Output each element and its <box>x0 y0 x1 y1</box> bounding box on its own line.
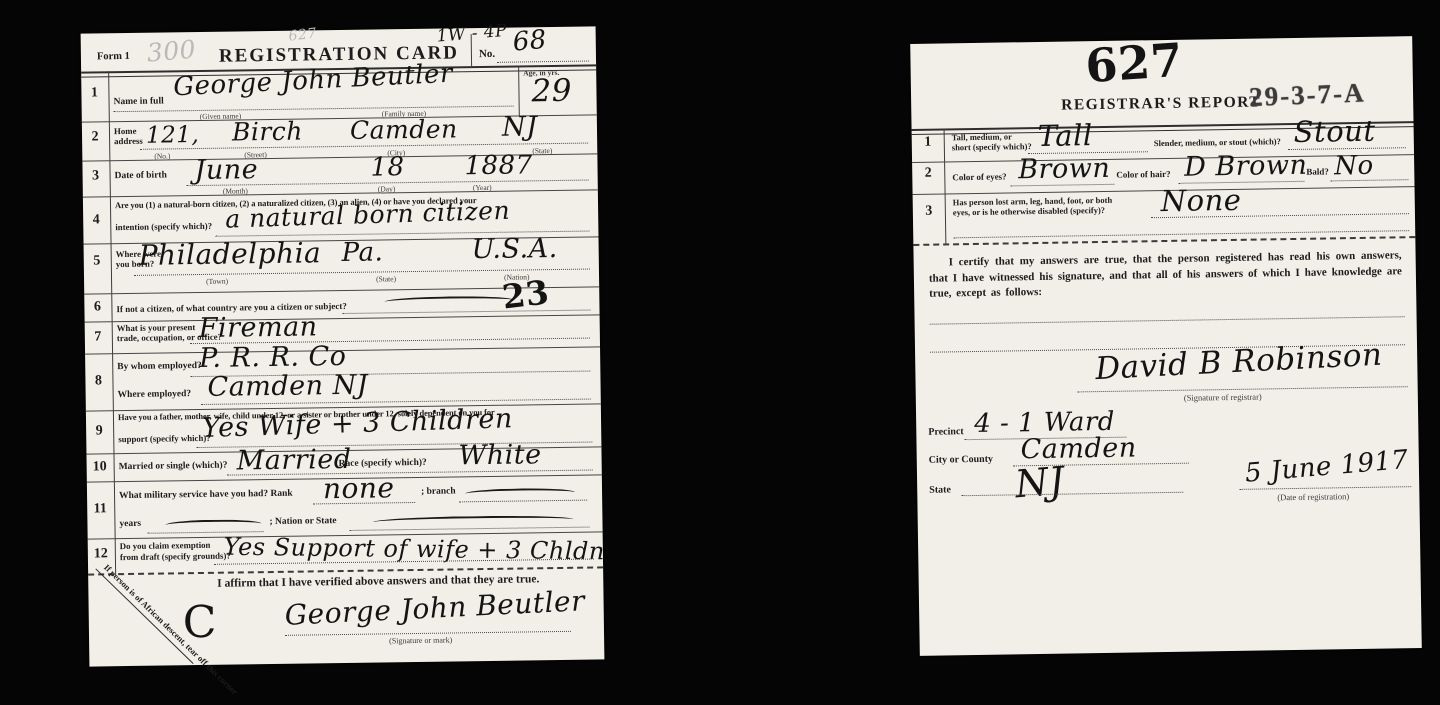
row-number: 7 <box>86 329 110 345</box>
row-number: 10 <box>88 459 112 475</box>
bald-dotted-line <box>1330 179 1408 181</box>
dash-stroke <box>373 515 573 527</box>
row-number: 6 <box>85 299 109 315</box>
row-number: 2 <box>83 129 107 145</box>
row-military-service: 11 What military service have you had? R… <box>87 474 603 538</box>
state-label: State <box>929 484 951 495</box>
branch-dotted-line <box>459 500 587 503</box>
eyes-dotted-line <box>1010 184 1114 187</box>
form-number-label: Form 1 <box>97 51 130 62</box>
registrar-signature-sublabel: (Signature of registrar) <box>1184 392 1262 403</box>
address-state-value: NJ <box>502 111 538 142</box>
build-label: Slender, medium, or stout (which)? <box>1154 136 1281 148</box>
row-number: 8 <box>86 373 110 389</box>
registrant-signature: George John Beutler <box>284 584 586 632</box>
signature-sublabel: (Signature or mark) <box>389 635 452 645</box>
address-street-value: Birch <box>232 117 303 147</box>
state-value: NJ <box>1013 458 1066 506</box>
dash-stroke <box>384 296 514 307</box>
pencil-mark-300: 300 <box>146 35 197 68</box>
registrars-report-card: 627 REGISTRAR'S REPORT 29-3-7-A 1 Tall, … <box>910 36 1422 656</box>
eyes-label: Color of eyes? <box>952 171 1006 182</box>
exemption-label1: Do you claim exemption <box>120 540 211 551</box>
row-disability: 3 Has person lost arm, leg, hand, foot, … <box>913 186 1416 244</box>
rank-value: none <box>323 471 395 505</box>
registration-card: Form 1 300 627 REGISTRATION CARD 1W - 4P… <box>81 26 605 666</box>
name-value: George John Beutler <box>173 59 454 103</box>
name-dotted-line <box>114 106 514 113</box>
no-label: No. <box>479 48 495 60</box>
build-value: Stout <box>1293 114 1375 149</box>
row-number: 1 <box>82 85 106 101</box>
row-number: 3 <box>83 168 107 184</box>
row-number: 2 <box>916 166 940 182</box>
row-employer: 8 By whom employed? P. R. R. Co Where em… <box>85 346 601 410</box>
address-label: address <box>114 136 143 146</box>
no-value: 68 <box>512 25 548 58</box>
bald-label: Bald? <box>1306 166 1329 176</box>
disability-value: None <box>1160 183 1241 218</box>
height-value: Tall <box>1037 118 1092 153</box>
hair-value: D Brown <box>1184 150 1308 183</box>
race-label: Race (specify which)? <box>339 458 427 469</box>
hair-label: Color of hair? <box>1116 169 1170 180</box>
birth-month-value: June <box>194 154 258 186</box>
age-value: 29 <box>531 73 572 110</box>
city-or-county-label: City or County <box>929 454 993 466</box>
scanned-document-background: Form 1 300 627 REGISTRATION CARD 1W - 4P… <box>0 0 1440 705</box>
citizen-question-line2: intention (specify which)? <box>115 221 212 232</box>
where-employed-label: Where employed? <box>118 389 192 400</box>
by-whom-employed-value: P. R. R. Co <box>199 341 347 374</box>
row-number: 4 <box>84 212 108 228</box>
by-whom-employed-label: By whom employed? <box>117 361 202 372</box>
trade-value: Fireman <box>199 311 318 344</box>
home-label: Home <box>114 126 137 136</box>
row-number: 5 <box>85 253 109 269</box>
stamp-29-3-7-a: 29-3-7-A <box>1248 77 1366 113</box>
where-employed-value: Camden NJ <box>207 370 368 403</box>
pencil-mark-627: 627 <box>288 25 318 44</box>
birth-day-value: 18 <box>370 152 405 182</box>
row-number: 11 <box>88 501 112 517</box>
report-title: REGISTRAR'S REPORT <box>1061 93 1261 114</box>
eyes-value: Brown <box>1018 153 1110 185</box>
not-citizen-dotted-line <box>343 310 591 314</box>
exceptions-line1 <box>930 316 1405 324</box>
born-state-value: Pa. <box>341 237 383 268</box>
state-dotted-line <box>961 492 1183 496</box>
born-nation-value: U.S.A. <box>471 233 557 265</box>
dash-stroke <box>165 519 261 529</box>
name-label: Name in full <box>113 96 163 107</box>
date-sublabel: (Date of registration) <box>1277 491 1349 502</box>
no-dotted-line <box>497 61 589 63</box>
address-no-value: 121, <box>146 122 200 149</box>
date-of-birth-label: Date of birth <box>115 170 167 181</box>
stray-number-23: 23 <box>500 272 551 316</box>
row-number: 9 <box>87 423 111 439</box>
age-box-divider <box>518 66 520 116</box>
nation-dotted-line <box>350 527 590 531</box>
dependents-label2: support (specify which)? <box>118 433 211 444</box>
annotation-1w-4p: 1W - 4P <box>436 21 508 47</box>
address-city-value: Camden <box>350 114 458 145</box>
registration-date-value: 5 June 1917 <box>1244 445 1410 489</box>
serial-number-627: 627 <box>1084 33 1185 94</box>
row-number: 3 <box>917 204 941 220</box>
exemption-label2: from draft (specify grounds)? <box>120 551 231 563</box>
bald-value: No <box>1334 151 1374 182</box>
dash-stroke <box>465 488 575 499</box>
certification-statement: I certify that my answers are true, that… <box>929 248 1403 302</box>
race-value: White <box>458 439 542 471</box>
married-label: Married or single (which)? <box>119 461 228 473</box>
state-sublabel: (State) <box>376 274 396 283</box>
town-sublabel: (Town) <box>206 277 228 286</box>
birth-year-value: 1887 <box>464 150 533 181</box>
registrar-signature: David B Robinson <box>1094 337 1383 387</box>
precinct-label: Precinct <box>928 426 964 438</box>
born-town-value: Philadelphia <box>138 236 321 272</box>
nation-or-state-label: ; Nation or State <box>269 516 336 527</box>
row-number: 1 <box>916 135 940 151</box>
height-label2: short (specify which)? <box>952 141 1032 152</box>
row-number: 12 <box>89 546 113 562</box>
disability-label2: eyes, or is he otherwise disabled (speci… <box>953 205 1105 217</box>
military-rank-label: What military service have you had? Rank <box>119 489 293 501</box>
years-label: years <box>119 519 141 529</box>
branch-label: ; branch <box>421 486 456 496</box>
